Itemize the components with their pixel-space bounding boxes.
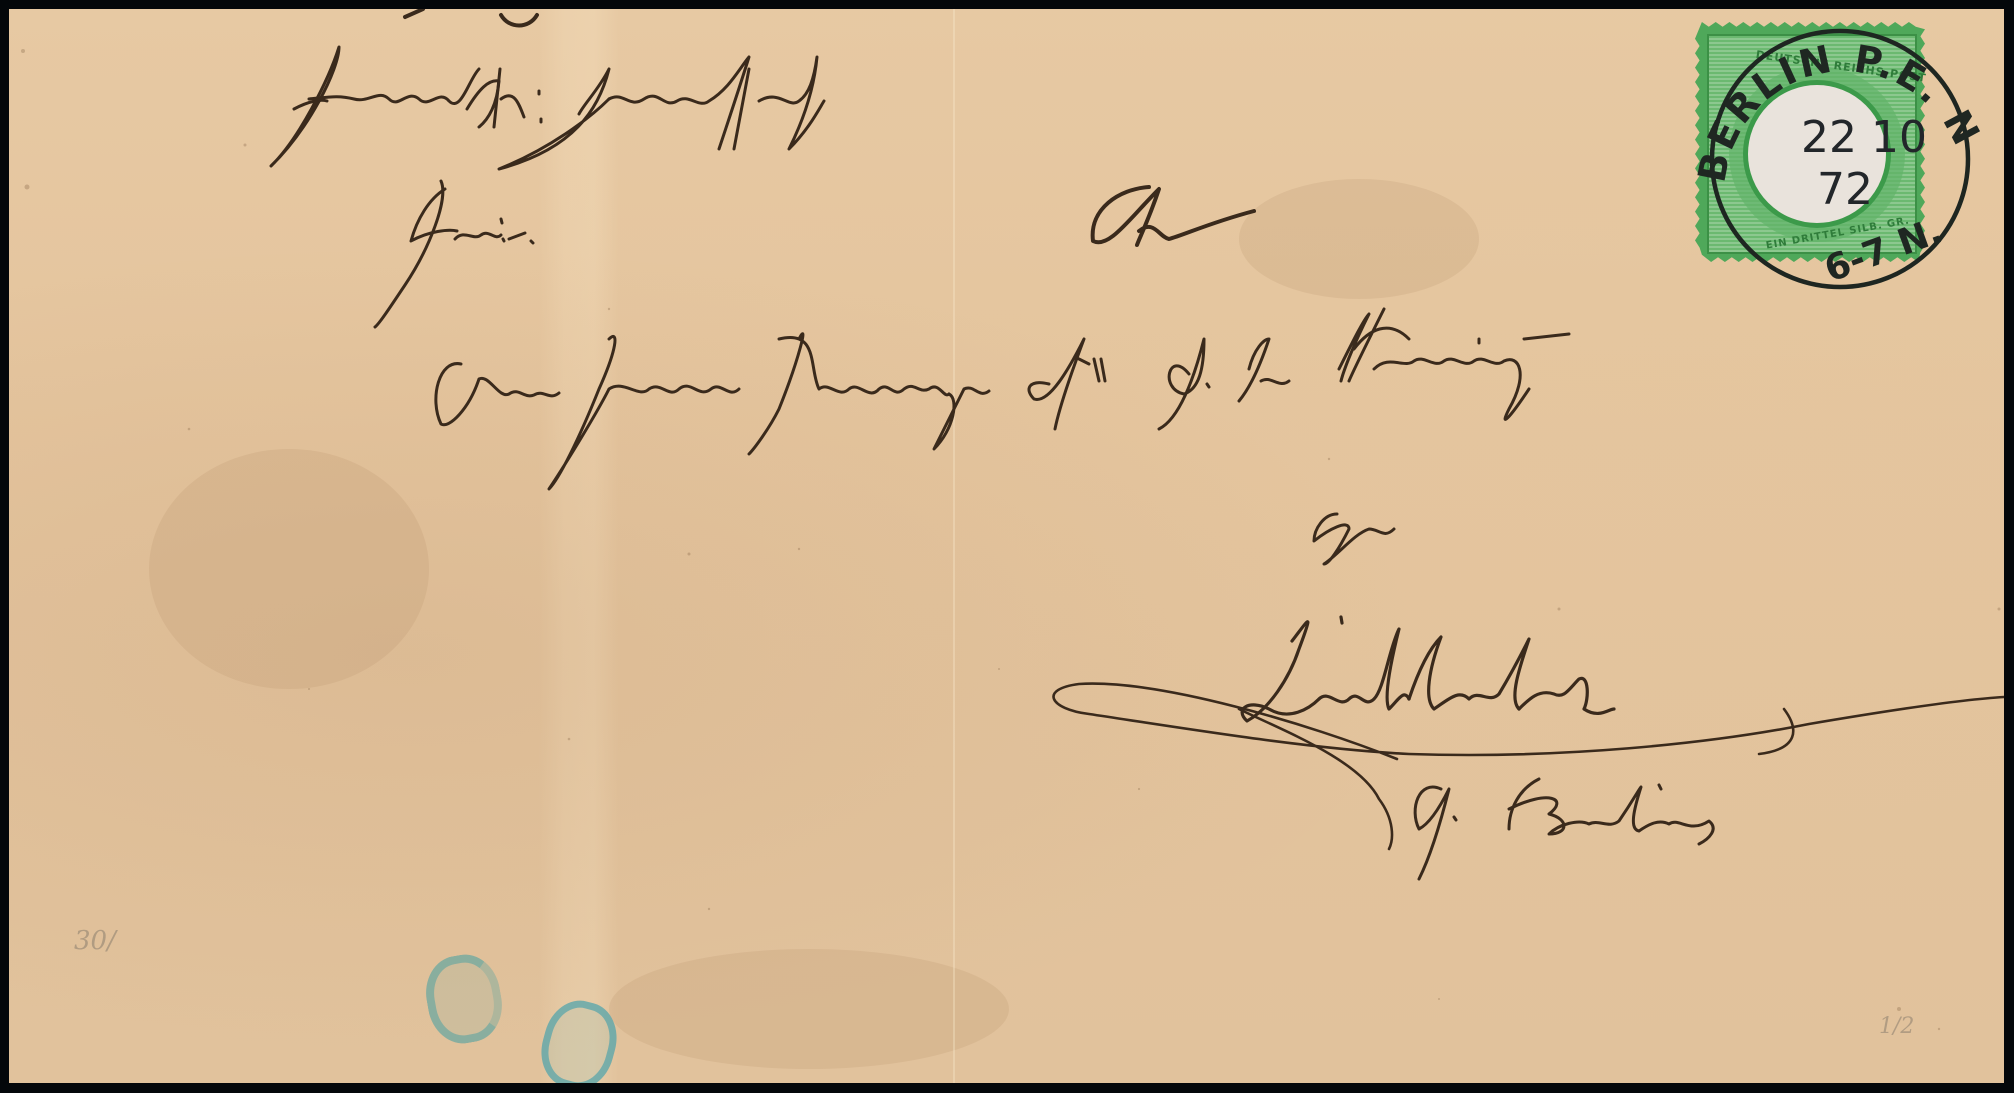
pencil-mark-bottom-left: 30/ (74, 926, 116, 956)
top-cutoff-ink (405, 9, 537, 26)
image-frame: Herzogl: Kreissache Frei.- An Den Herrn … (0, 0, 2014, 1093)
sender-line-ink (271, 47, 824, 169)
frei-line-ink (375, 181, 533, 327)
city-note-ink (1415, 779, 1713, 879)
an-ink (1093, 187, 1254, 245)
city-ink (1242, 617, 1614, 721)
postmark-date: 22 10 (1801, 112, 1927, 163)
flourish-ink (1054, 684, 2004, 849)
postmark-year: 72 (1817, 164, 1873, 215)
postmark-cancellation: BERLIN P.E. No 12 6-7 N. 22 10 72 (1665, 14, 2005, 319)
addressee-line-ink (436, 309, 1569, 489)
pencil-mark-bottom-right: 1/2 (1879, 1014, 1914, 1039)
zu-ink (1314, 514, 1394, 564)
